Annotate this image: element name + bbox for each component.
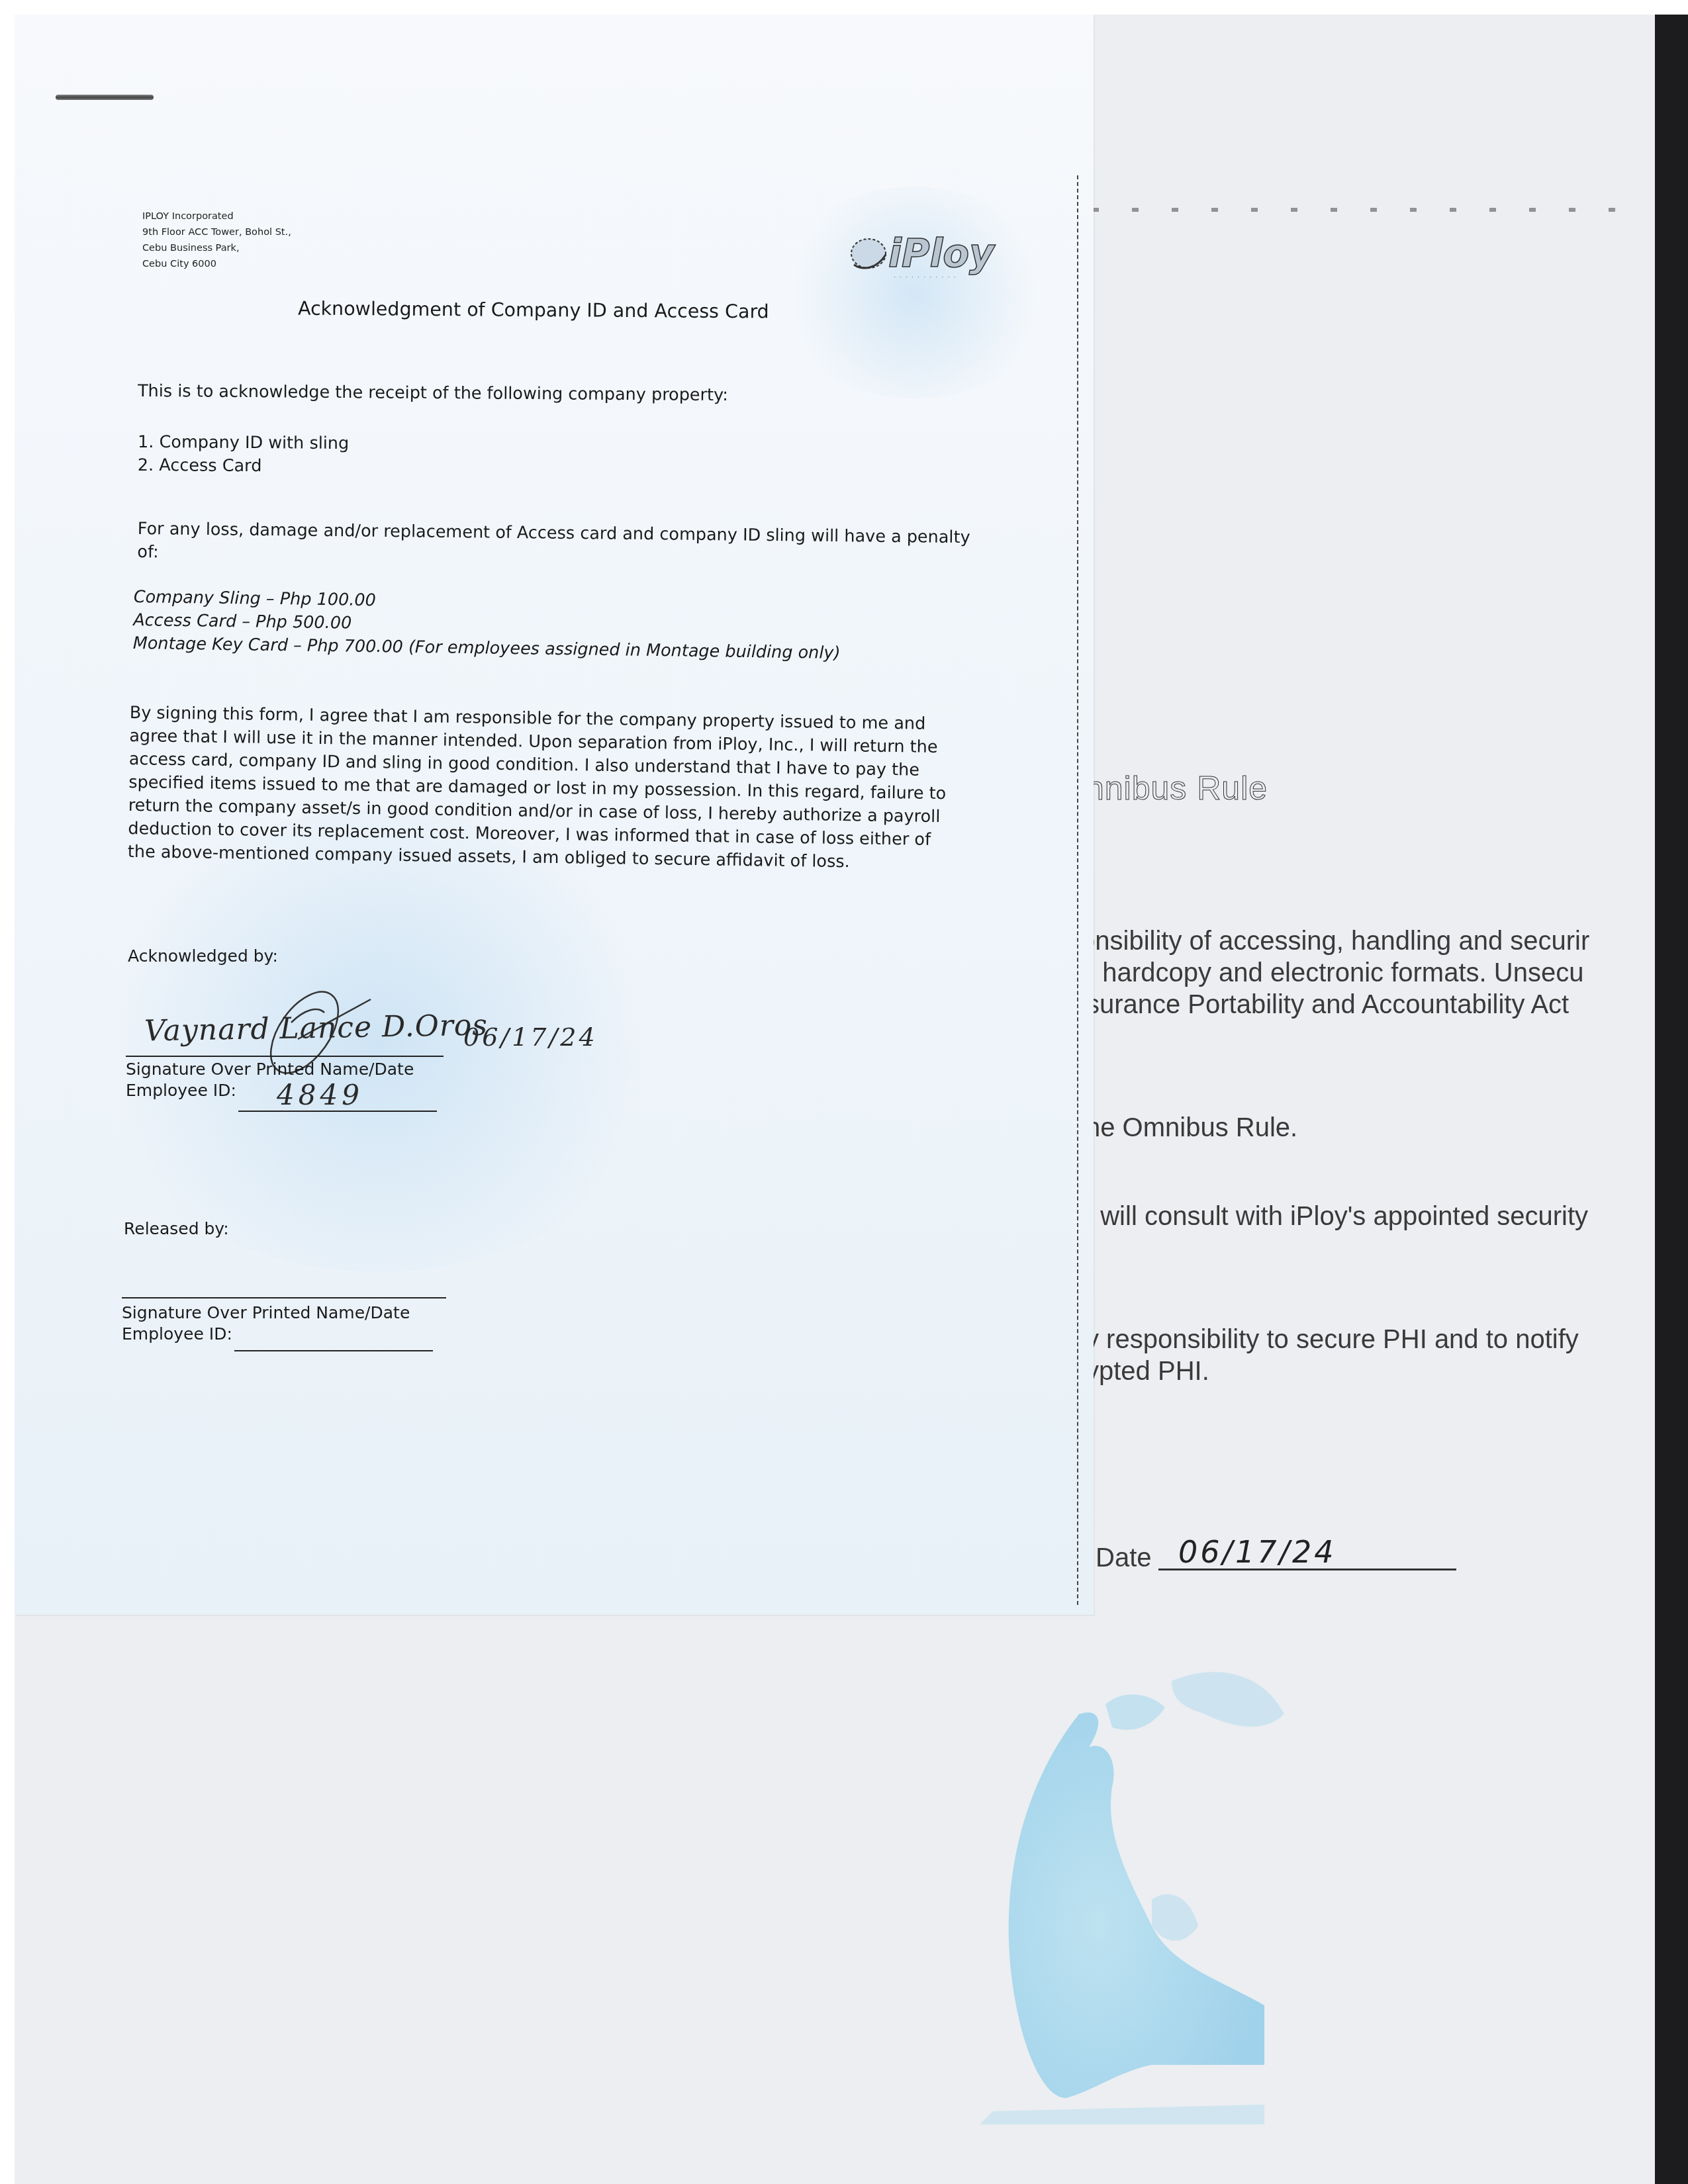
back-page-line: I will consult with iPloy's appointed se… [1086, 1202, 1635, 1232]
employee-id-label: Employee ID: [126, 1080, 414, 1101]
acknowledged-employee-id-value: 4849 [277, 1079, 363, 1111]
iploy-swoosh-logo-icon [847, 228, 894, 278]
address-line: 9th Floor ACC Tower, Bohol St., [142, 224, 291, 240]
acknowledged-signature: Vaynard Lance D.Oros [144, 1008, 489, 1048]
page-edge-line [1077, 175, 1078, 1605]
back-page-line: he Omnibus Rule. [1086, 1113, 1297, 1143]
back-page-heading: nnibus Rule [1086, 769, 1268, 807]
staple [56, 95, 154, 100]
document-title: Acknowledgment of Company ID and Access … [298, 298, 769, 323]
back-page-line: n hardcopy and electronic formats. Unsec… [1080, 958, 1636, 988]
employee-id-label: Employee ID: [122, 1324, 410, 1345]
back-page-line: isurance Portability and Accountability … [1080, 990, 1636, 1020]
globe-watermark-icon [953, 1635, 1456, 2138]
released-by-label: Released by: [124, 1219, 229, 1238]
back-date-label: Date [1096, 1543, 1152, 1573]
iploy-logo: iPloy · · · · · · · · · · · [847, 228, 1013, 278]
penalty-list: Company Sling – Php 100.00 Access Card –… [133, 586, 841, 665]
acknowledged-by-label: Acknowledged by: [128, 946, 278, 966]
property-item: 1. Company ID with sling [138, 431, 349, 455]
address-line: IPLOY Incorporated [142, 208, 291, 224]
released-employee-id-line [234, 1350, 433, 1351]
signature-caption: Signature Over Printed Name/Date [122, 1302, 410, 1324]
logo-tagline: · · · · · · · · · · · [894, 275, 957, 281]
back-page-faded-header [1092, 208, 1635, 212]
agreement-paragraph: By signing this form, I agree that I am … [128, 702, 947, 875]
scanner-edge [1655, 15, 1688, 2184]
penalty-intro: For any loss, damage and/or replacement … [137, 518, 970, 572]
signature-caption: Signature Over Printed Name/Date [126, 1059, 414, 1080]
address-line: Cebu Business Park, [142, 240, 291, 256]
company-address: IPLOY Incorporated 9th Floor ACC Tower, … [142, 208, 291, 272]
back-page-line: onsibility of accessing, handling and se… [1080, 927, 1636, 956]
ink-smudge [776, 187, 1054, 398]
property-item: 2. Access Card [138, 454, 349, 478]
back-date-value: 06/17/24 [1178, 1534, 1336, 1570]
acknowledged-signature-date: 06/17/24 [463, 1023, 598, 1052]
acknowledged-caption: Signature Over Printed Name/Date Employe… [126, 1059, 414, 1101]
property-list: 1. Company ID with sling 2. Access Card [138, 431, 350, 478]
address-line: Cebu City 6000 [142, 256, 291, 272]
released-caption: Signature Over Printed Name/Date Employe… [122, 1302, 410, 1345]
intro-text: This is to acknowledge the receipt of th… [138, 380, 728, 407]
back-page-line: ypted PHI. [1086, 1357, 1209, 1387]
acknowledged-signature-line [126, 1056, 444, 1057]
released-signature-line [122, 1297, 446, 1298]
logo-text: iPloy [888, 231, 994, 276]
back-page-line: y responsibility to secure PHI and to no… [1086, 1325, 1635, 1355]
